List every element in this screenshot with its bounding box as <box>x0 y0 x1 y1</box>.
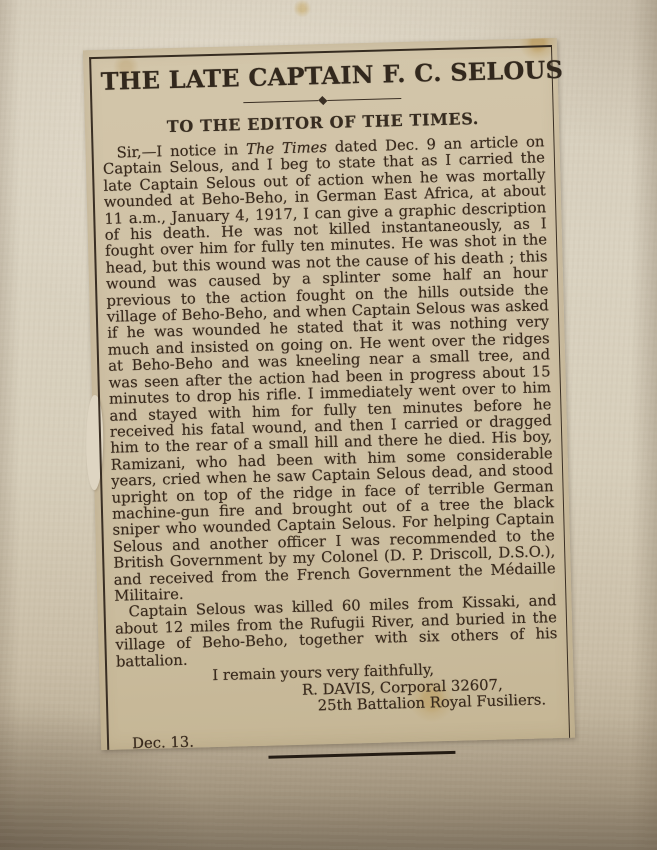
letter-body: Sir,—I notice in The Times dated Dec. 9 … <box>102 134 558 670</box>
divider-line-right <box>327 98 402 102</box>
subheading: TO THE EDITOR OF THE TIMES. <box>102 107 544 138</box>
body-paragraph: Sir,—I notice in The Times dated Dec. 9 … <box>102 134 556 605</box>
body-paragraph: Captain Selous was killed 60 miles from … <box>114 593 558 670</box>
headline-divider <box>243 95 401 106</box>
divider-line-left <box>243 100 318 104</box>
printed-frame: THE LATE CAPTAIN F. C. SELOUS TO THE EDI… <box>89 45 570 750</box>
headline: THE LATE CAPTAIN F. C. SELOUS <box>100 52 543 96</box>
photo-background: THE LATE CAPTAIN F. C. SELOUS TO THE EDI… <box>0 0 657 850</box>
text-run: Captain Selous was killed 60 miles from … <box>115 592 558 670</box>
dateline: Dec. 13. <box>132 724 560 752</box>
end-of-article-rule <box>268 751 455 759</box>
newspaper-clipping: THE LATE CAPTAIN F. C. SELOUS TO THE EDI… <box>83 38 575 750</box>
diamond-ornament-icon <box>318 96 327 105</box>
text-run: dated Dec. 9 an article on Captain Selou… <box>103 133 556 604</box>
